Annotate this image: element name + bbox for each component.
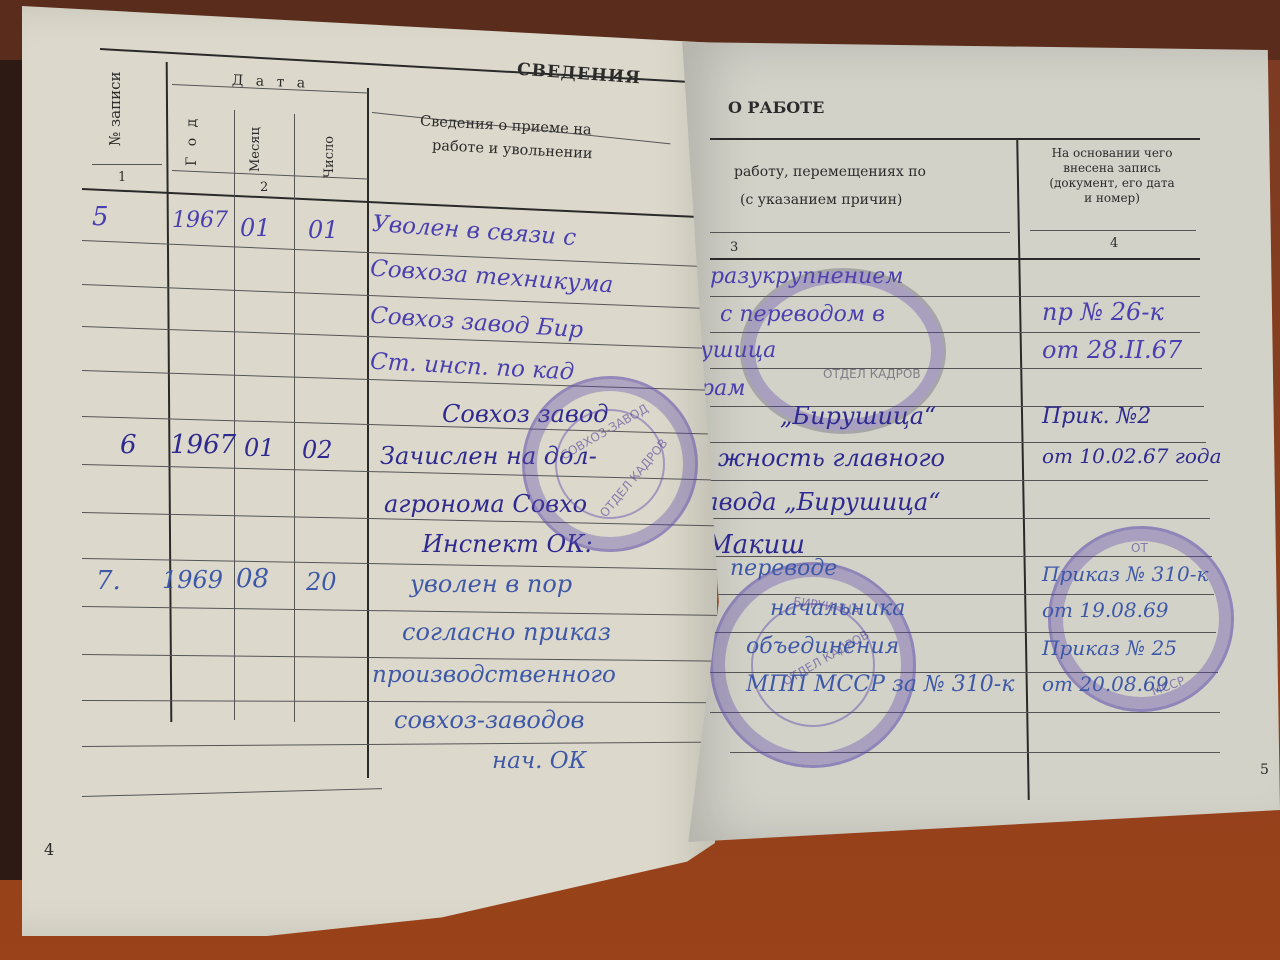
- row-rule: [710, 480, 1208, 481]
- entry-7-text-right-line2: начальника: [770, 596, 905, 621]
- entry-6-text-right-line2: жность главного: [718, 444, 945, 472]
- entry-7-number: 7.: [96, 566, 121, 596]
- page-number-left: 4: [44, 840, 54, 859]
- stamp-text: ОТДЕЛ КАДРОВ: [823, 367, 921, 381]
- col-divider-year: [234, 110, 235, 720]
- col4-header-line4: и номер): [1032, 191, 1192, 206]
- date-sub-rule: [172, 170, 368, 180]
- entry-6-basis-line1: Прик. №2: [1042, 404, 1151, 429]
- row-rule: [82, 788, 382, 797]
- entry-5-month: 01: [240, 214, 271, 242]
- col-year-header: Г о д: [184, 116, 200, 166]
- col1-number: 1: [118, 170, 126, 185]
- right-header-top-rule: [710, 138, 1200, 140]
- right-header-bottom-rule: [710, 258, 1200, 260]
- col4-header-line1: На основании чего: [1032, 146, 1192, 161]
- entry-7-text-right-line3: объединения: [746, 634, 899, 659]
- col-month-header: Месяц: [248, 127, 263, 172]
- col-divider-1: [166, 62, 173, 722]
- entry-7-basis-line4: от 20.08.69: [1042, 672, 1168, 696]
- right-page: О РАБОТЕ работу, перемещениях по (с указ…: [670, 42, 1280, 842]
- col2-number: 2: [260, 180, 268, 195]
- row-rule: [82, 654, 722, 662]
- entry-5-text-line2: Совхоза техникума: [369, 256, 614, 299]
- stamp-sovkhoz-zavod: СОВХОЗ-ЗАВОД ОТДЕЛ КАДРОВ: [522, 376, 698, 552]
- col3-right-header-line1: работу, перемещениях по: [734, 164, 926, 180]
- entry-5-text-line1: Уволен в связи с: [371, 211, 577, 251]
- row-rule: [82, 700, 722, 703]
- date-group-header: Д а т а: [232, 72, 310, 91]
- entry-6-basis-line2: от 10.02.67 года: [1042, 444, 1222, 468]
- row-rule: [710, 518, 1210, 519]
- entry-7-text-line4: совхоз-заводов: [394, 706, 585, 734]
- entry-5-year: 1967: [172, 208, 228, 233]
- entry-7-day: 20: [306, 568, 337, 596]
- col3-right-header-line2: (с указанием причин): [740, 192, 902, 208]
- entry-7-text-line2: согласно приказ: [402, 618, 611, 646]
- col4-header-line2: внесена запись: [1032, 161, 1192, 176]
- row-rule: [82, 742, 722, 747]
- entry-7-text-line1: уволен в пор: [410, 570, 572, 598]
- col4-header-line3: (документ, его дата: [1032, 176, 1192, 191]
- entry-7-text-right-line1: переводе: [730, 556, 837, 581]
- page-number-right: 5: [1260, 762, 1269, 778]
- left-page: СВЕДЕНИЯ № записи 1 Д а т а Г о д Месяц …: [22, 6, 722, 936]
- entry-6-text-right-line1: „Бирушица“: [780, 402, 936, 430]
- stamp-biruintsa: БИРУИНЦА ОТДЕЛ КАДРОВ: [710, 562, 916, 768]
- entry-6-month: 01: [244, 434, 275, 462]
- col4-header: На основании чего внесена запись (докуме…: [1032, 146, 1192, 206]
- entry-6-number: 6: [120, 430, 137, 460]
- col1-sub-rule: [92, 164, 162, 165]
- entry-7-basis-line1: Приказ № 310-к: [1042, 562, 1208, 586]
- col4-number: 4: [1110, 236, 1118, 251]
- entry-6-day: 02: [302, 436, 333, 464]
- stamp-subtext: ОТ: [1131, 541, 1148, 555]
- col3-header-line1: Сведения о приеме на: [420, 114, 592, 139]
- col-day-header: Число: [322, 136, 337, 178]
- row-rule: [710, 442, 1206, 443]
- title-svedeniya: СВЕДЕНИЯ: [516, 60, 641, 89]
- col-divider-2: [367, 88, 369, 778]
- entry-7-year: 1969: [162, 566, 223, 594]
- col4-sub-rule: [1030, 230, 1196, 231]
- col3-sub-rule: [710, 232, 1010, 233]
- col3-header-line2: работе и увольнении: [432, 138, 593, 162]
- col3-number: 3: [730, 240, 738, 255]
- entry-7-text-line3: производственного: [372, 662, 616, 688]
- entry-5-number: 5: [92, 202, 109, 232]
- entry-7-basis-line2: от 19.08.69: [1042, 598, 1168, 622]
- right-col-divider: [1016, 140, 1030, 800]
- entry-5-basis-line1: пр № 26-к: [1042, 298, 1164, 326]
- col-entry-number-header: № записи: [106, 72, 124, 146]
- title-o-rabote: О РАБОТЕ: [728, 98, 824, 117]
- entry-5-day: 01: [308, 216, 339, 244]
- entry-5-basis-line2: от 28.II.67: [1042, 336, 1182, 364]
- entry-7-basis-line3: Приказ № 25: [1042, 636, 1177, 660]
- entry-6-year: 1967: [170, 430, 236, 460]
- entry-7-text-line5: нач. ОК: [492, 748, 586, 774]
- entry-5-text-right-line4: рам: [700, 376, 745, 401]
- row-rule: [82, 606, 722, 616]
- col-divider-month: [294, 114, 295, 722]
- entry-7-month: 08: [236, 564, 269, 594]
- entry-7-text-right-line4: МПП МССР за № 310-к: [746, 672, 1014, 697]
